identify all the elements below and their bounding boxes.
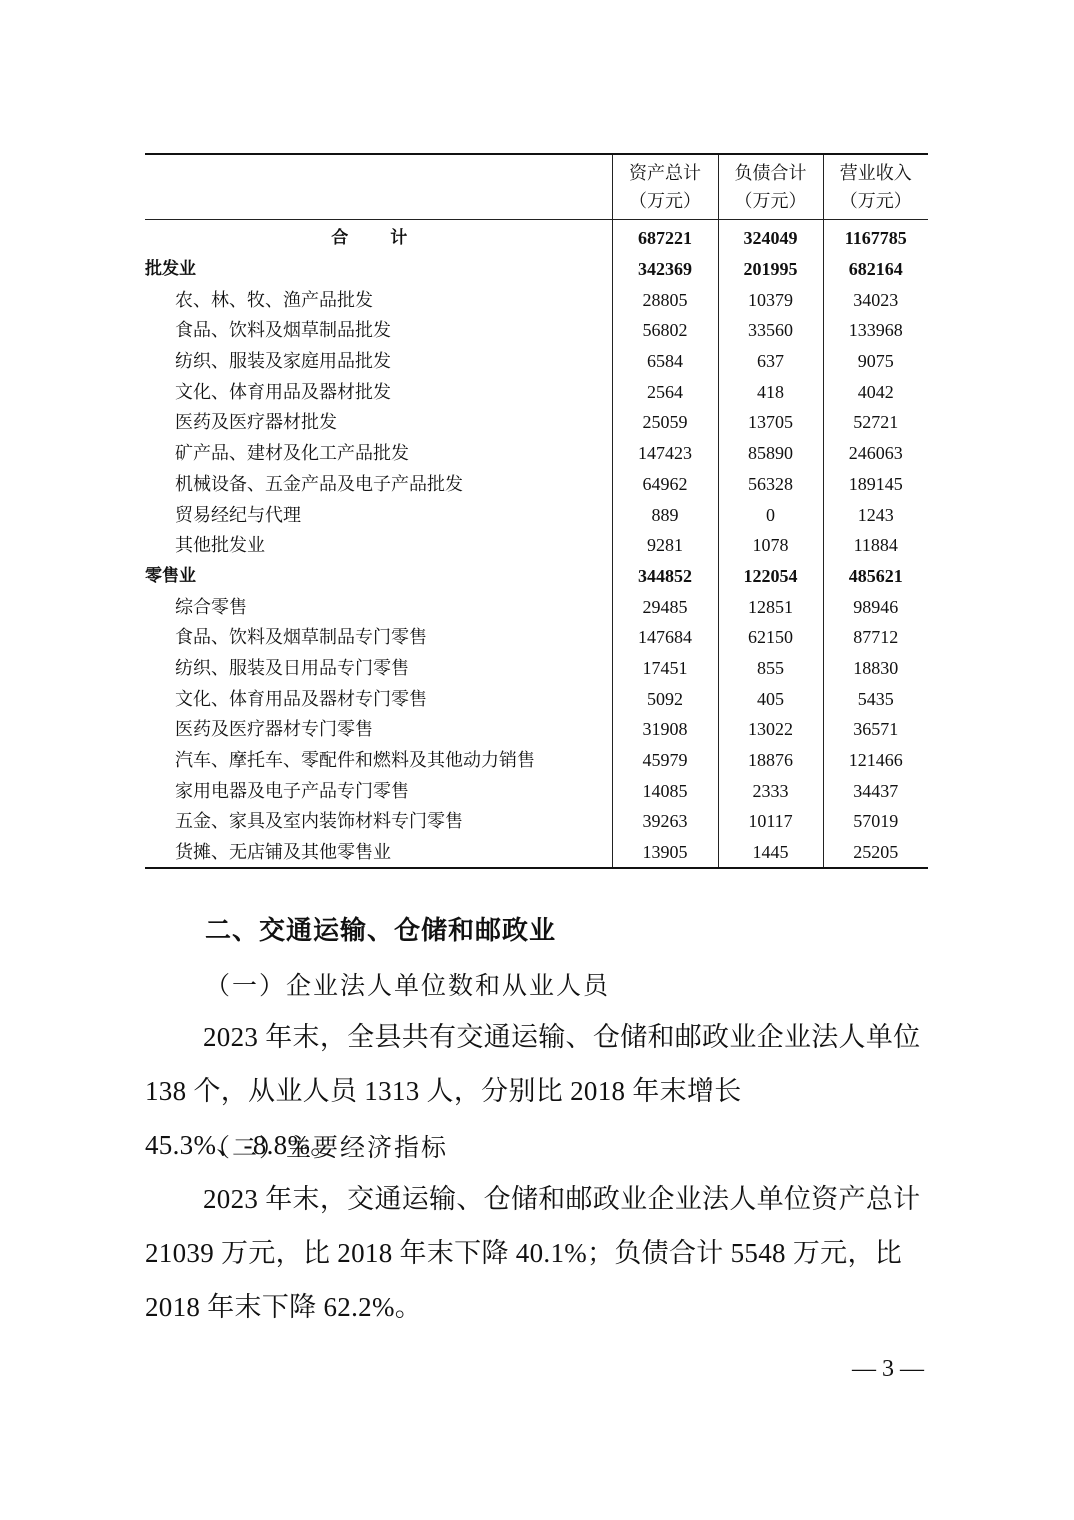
cell-assets: 31908 <box>612 714 718 745</box>
row-label: 汽车、摩托车、零配件和燃料及其他动力销售 <box>145 745 612 776</box>
cell-assets: 687221 <box>612 220 718 254</box>
cell-liabilities: 855 <box>718 653 823 684</box>
cell-liabilities: 56328 <box>718 469 823 500</box>
cell-assets: 13905 <box>612 837 718 869</box>
row-label: 医药及医疗器材批发 <box>145 407 612 438</box>
header-revenue: 营业收入 （万元） <box>823 154 928 220</box>
cell-liabilities: 324049 <box>718 220 823 254</box>
header-liabilities: 负债合计 （万元） <box>718 154 823 220</box>
cell-revenue: 4042 <box>823 376 928 407</box>
cell-revenue: 11884 <box>823 530 928 561</box>
cell-revenue: 98946 <box>823 591 928 622</box>
table-body: 合 计6872213240491167785批发业342369201995682… <box>145 220 928 869</box>
page-number: — 3 — <box>852 1356 924 1383</box>
cell-assets: 14085 <box>612 775 718 806</box>
table-row: 综合零售294851285198946 <box>145 591 928 622</box>
cell-revenue: 133968 <box>823 315 928 346</box>
cell-revenue: 18830 <box>823 653 928 684</box>
subsection-2-title: （二）主要经济指标 <box>205 1128 448 1164</box>
row-label: 纺织、服装及日用品专门零售 <box>145 653 612 684</box>
table-row: 合 计6872213240491167785 <box>145 220 928 254</box>
table-row: 批发业342369201995682164 <box>145 254 928 285</box>
table-row: 矿产品、建材及化工产品批发14742385890246063 <box>145 438 928 469</box>
cell-liabilities: 10117 <box>718 806 823 837</box>
cell-liabilities: 122054 <box>718 561 823 592</box>
cell-assets: 342369 <box>612 254 718 285</box>
row-label: 食品、饮料及烟草制品批发 <box>145 315 612 346</box>
cell-revenue: 87712 <box>823 622 928 653</box>
row-label: 批发业 <box>145 254 612 285</box>
row-label: 家用电器及电子产品专门零售 <box>145 775 612 806</box>
cell-assets: 147423 <box>612 438 718 469</box>
cell-assets: 64962 <box>612 469 718 500</box>
table-row: 食品、饮料及烟草制品专门零售1476846215087712 <box>145 622 928 653</box>
statistics-table-container: 资产总计 （万元） 负债合计 （万元） 营业收入 （万元） 合 计6872213… <box>145 153 928 869</box>
table-row: 零售业344852122054485621 <box>145 561 928 592</box>
cell-assets: 25059 <box>612 407 718 438</box>
cell-revenue: 9075 <box>823 346 928 377</box>
cell-revenue: 1167785 <box>823 220 928 254</box>
cell-revenue: 682164 <box>823 254 928 285</box>
cell-assets: 39263 <box>612 806 718 837</box>
table-header-row: 资产总计 （万元） 负债合计 （万元） 营业收入 （万元） <box>145 154 928 220</box>
cell-revenue: 34437 <box>823 775 928 806</box>
cell-liabilities: 637 <box>718 346 823 377</box>
table-row: 五金、家具及室内装饰材料专门零售392631011757019 <box>145 806 928 837</box>
subsection-1-title: （一）企业法人单位数和从业人员 <box>205 966 610 1002</box>
cell-liabilities: 1445 <box>718 837 823 869</box>
table-row: 其他批发业9281107811884 <box>145 530 928 561</box>
table-row: 纺织、服装及日用品专门零售1745185518830 <box>145 653 928 684</box>
row-label: 贸易经纪与代理 <box>145 499 612 530</box>
cell-assets: 344852 <box>612 561 718 592</box>
cell-liabilities: 62150 <box>718 622 823 653</box>
cell-liabilities: 0 <box>718 499 823 530</box>
row-label: 五金、家具及室内装饰材料专门零售 <box>145 806 612 837</box>
table-row: 文化、体育用品及器材专门零售50924055435 <box>145 683 928 714</box>
header-liabilities-unit: （万元） <box>719 187 823 215</box>
cell-liabilities: 13705 <box>718 407 823 438</box>
cell-revenue: 52721 <box>823 407 928 438</box>
cell-assets: 5092 <box>612 683 718 714</box>
header-revenue-unit: （万元） <box>824 187 929 215</box>
cell-revenue: 34023 <box>823 284 928 315</box>
cell-assets: 29485 <box>612 591 718 622</box>
header-revenue-title: 营业收入 <box>824 159 929 187</box>
cell-liabilities: 12851 <box>718 591 823 622</box>
cell-assets: 889 <box>612 499 718 530</box>
cell-assets: 28805 <box>612 284 718 315</box>
cell-revenue: 1243 <box>823 499 928 530</box>
cell-liabilities: 33560 <box>718 315 823 346</box>
row-label: 文化、体育用品及器材批发 <box>145 376 612 407</box>
cell-liabilities: 85890 <box>718 438 823 469</box>
cell-assets: 2564 <box>612 376 718 407</box>
cell-liabilities: 2333 <box>718 775 823 806</box>
cell-liabilities: 201995 <box>718 254 823 285</box>
row-label: 矿产品、建材及化工产品批发 <box>145 438 612 469</box>
row-label: 纺织、服装及家庭用品批发 <box>145 346 612 377</box>
row-label: 零售业 <box>145 561 612 592</box>
table-row: 文化、体育用品及器材批发25644184042 <box>145 376 928 407</box>
table-row: 汽车、摩托车、零配件和燃料及其他动力销售4597918876121466 <box>145 745 928 776</box>
table-row: 家用电器及电子产品专门零售14085233334437 <box>145 775 928 806</box>
table-row: 食品、饮料及烟草制品批发5680233560133968 <box>145 315 928 346</box>
cell-revenue: 485621 <box>823 561 928 592</box>
cell-liabilities: 13022 <box>718 714 823 745</box>
table-row: 货摊、无店铺及其他零售业13905144525205 <box>145 837 928 869</box>
header-label-column <box>145 154 612 220</box>
cell-assets: 56802 <box>612 315 718 346</box>
cell-liabilities: 418 <box>718 376 823 407</box>
cell-liabilities: 405 <box>718 683 823 714</box>
header-assets-unit: （万元） <box>613 187 718 215</box>
cell-liabilities: 1078 <box>718 530 823 561</box>
cell-assets: 147684 <box>612 622 718 653</box>
row-label: 综合零售 <box>145 591 612 622</box>
cell-revenue: 121466 <box>823 745 928 776</box>
row-label: 医药及医疗器材专门零售 <box>145 714 612 745</box>
cell-liabilities: 18876 <box>718 745 823 776</box>
table-row: 纺织、服装及家庭用品批发65846379075 <box>145 346 928 377</box>
header-assets: 资产总计 （万元） <box>612 154 718 220</box>
cell-liabilities: 10379 <box>718 284 823 315</box>
row-label: 货摊、无店铺及其他零售业 <box>145 837 612 869</box>
cell-assets: 17451 <box>612 653 718 684</box>
table-row: 医药及医疗器材专门零售319081302236571 <box>145 714 928 745</box>
cell-revenue: 25205 <box>823 837 928 869</box>
statistics-table: 资产总计 （万元） 负债合计 （万元） 营业收入 （万元） 合 计6872213… <box>145 153 928 869</box>
row-label: 文化、体育用品及器材专门零售 <box>145 683 612 714</box>
table-row: 机械设备、五金产品及电子产品批发6496256328189145 <box>145 469 928 500</box>
row-label: 其他批发业 <box>145 530 612 561</box>
row-label: 食品、饮料及烟草制品专门零售 <box>145 622 612 653</box>
row-label: 合 计 <box>145 220 612 254</box>
table-row: 贸易经纪与代理88901243 <box>145 499 928 530</box>
row-label: 机械设备、五金产品及电子产品批发 <box>145 469 612 500</box>
section-title: 二、交通运输、仓储和邮政业 <box>205 910 556 947</box>
cell-revenue: 189145 <box>823 469 928 500</box>
cell-assets: 45979 <box>612 745 718 776</box>
cell-revenue: 57019 <box>823 806 928 837</box>
table-row: 医药及医疗器材批发250591370552721 <box>145 407 928 438</box>
cell-revenue: 36571 <box>823 714 928 745</box>
table-row: 农、林、牧、渔产品批发288051037934023 <box>145 284 928 315</box>
cell-revenue: 5435 <box>823 683 928 714</box>
cell-revenue: 246063 <box>823 438 928 469</box>
cell-assets: 6584 <box>612 346 718 377</box>
header-assets-title: 资产总计 <box>613 159 718 187</box>
subsection-2-paragraph: 2023 年末，交通运输、仓储和邮政业企业法人单位资产总计 21039 万元，比… <box>145 1172 935 1334</box>
cell-assets: 9281 <box>612 530 718 561</box>
row-label: 农、林、牧、渔产品批发 <box>145 284 612 315</box>
header-liabilities-title: 负债合计 <box>719 159 823 187</box>
